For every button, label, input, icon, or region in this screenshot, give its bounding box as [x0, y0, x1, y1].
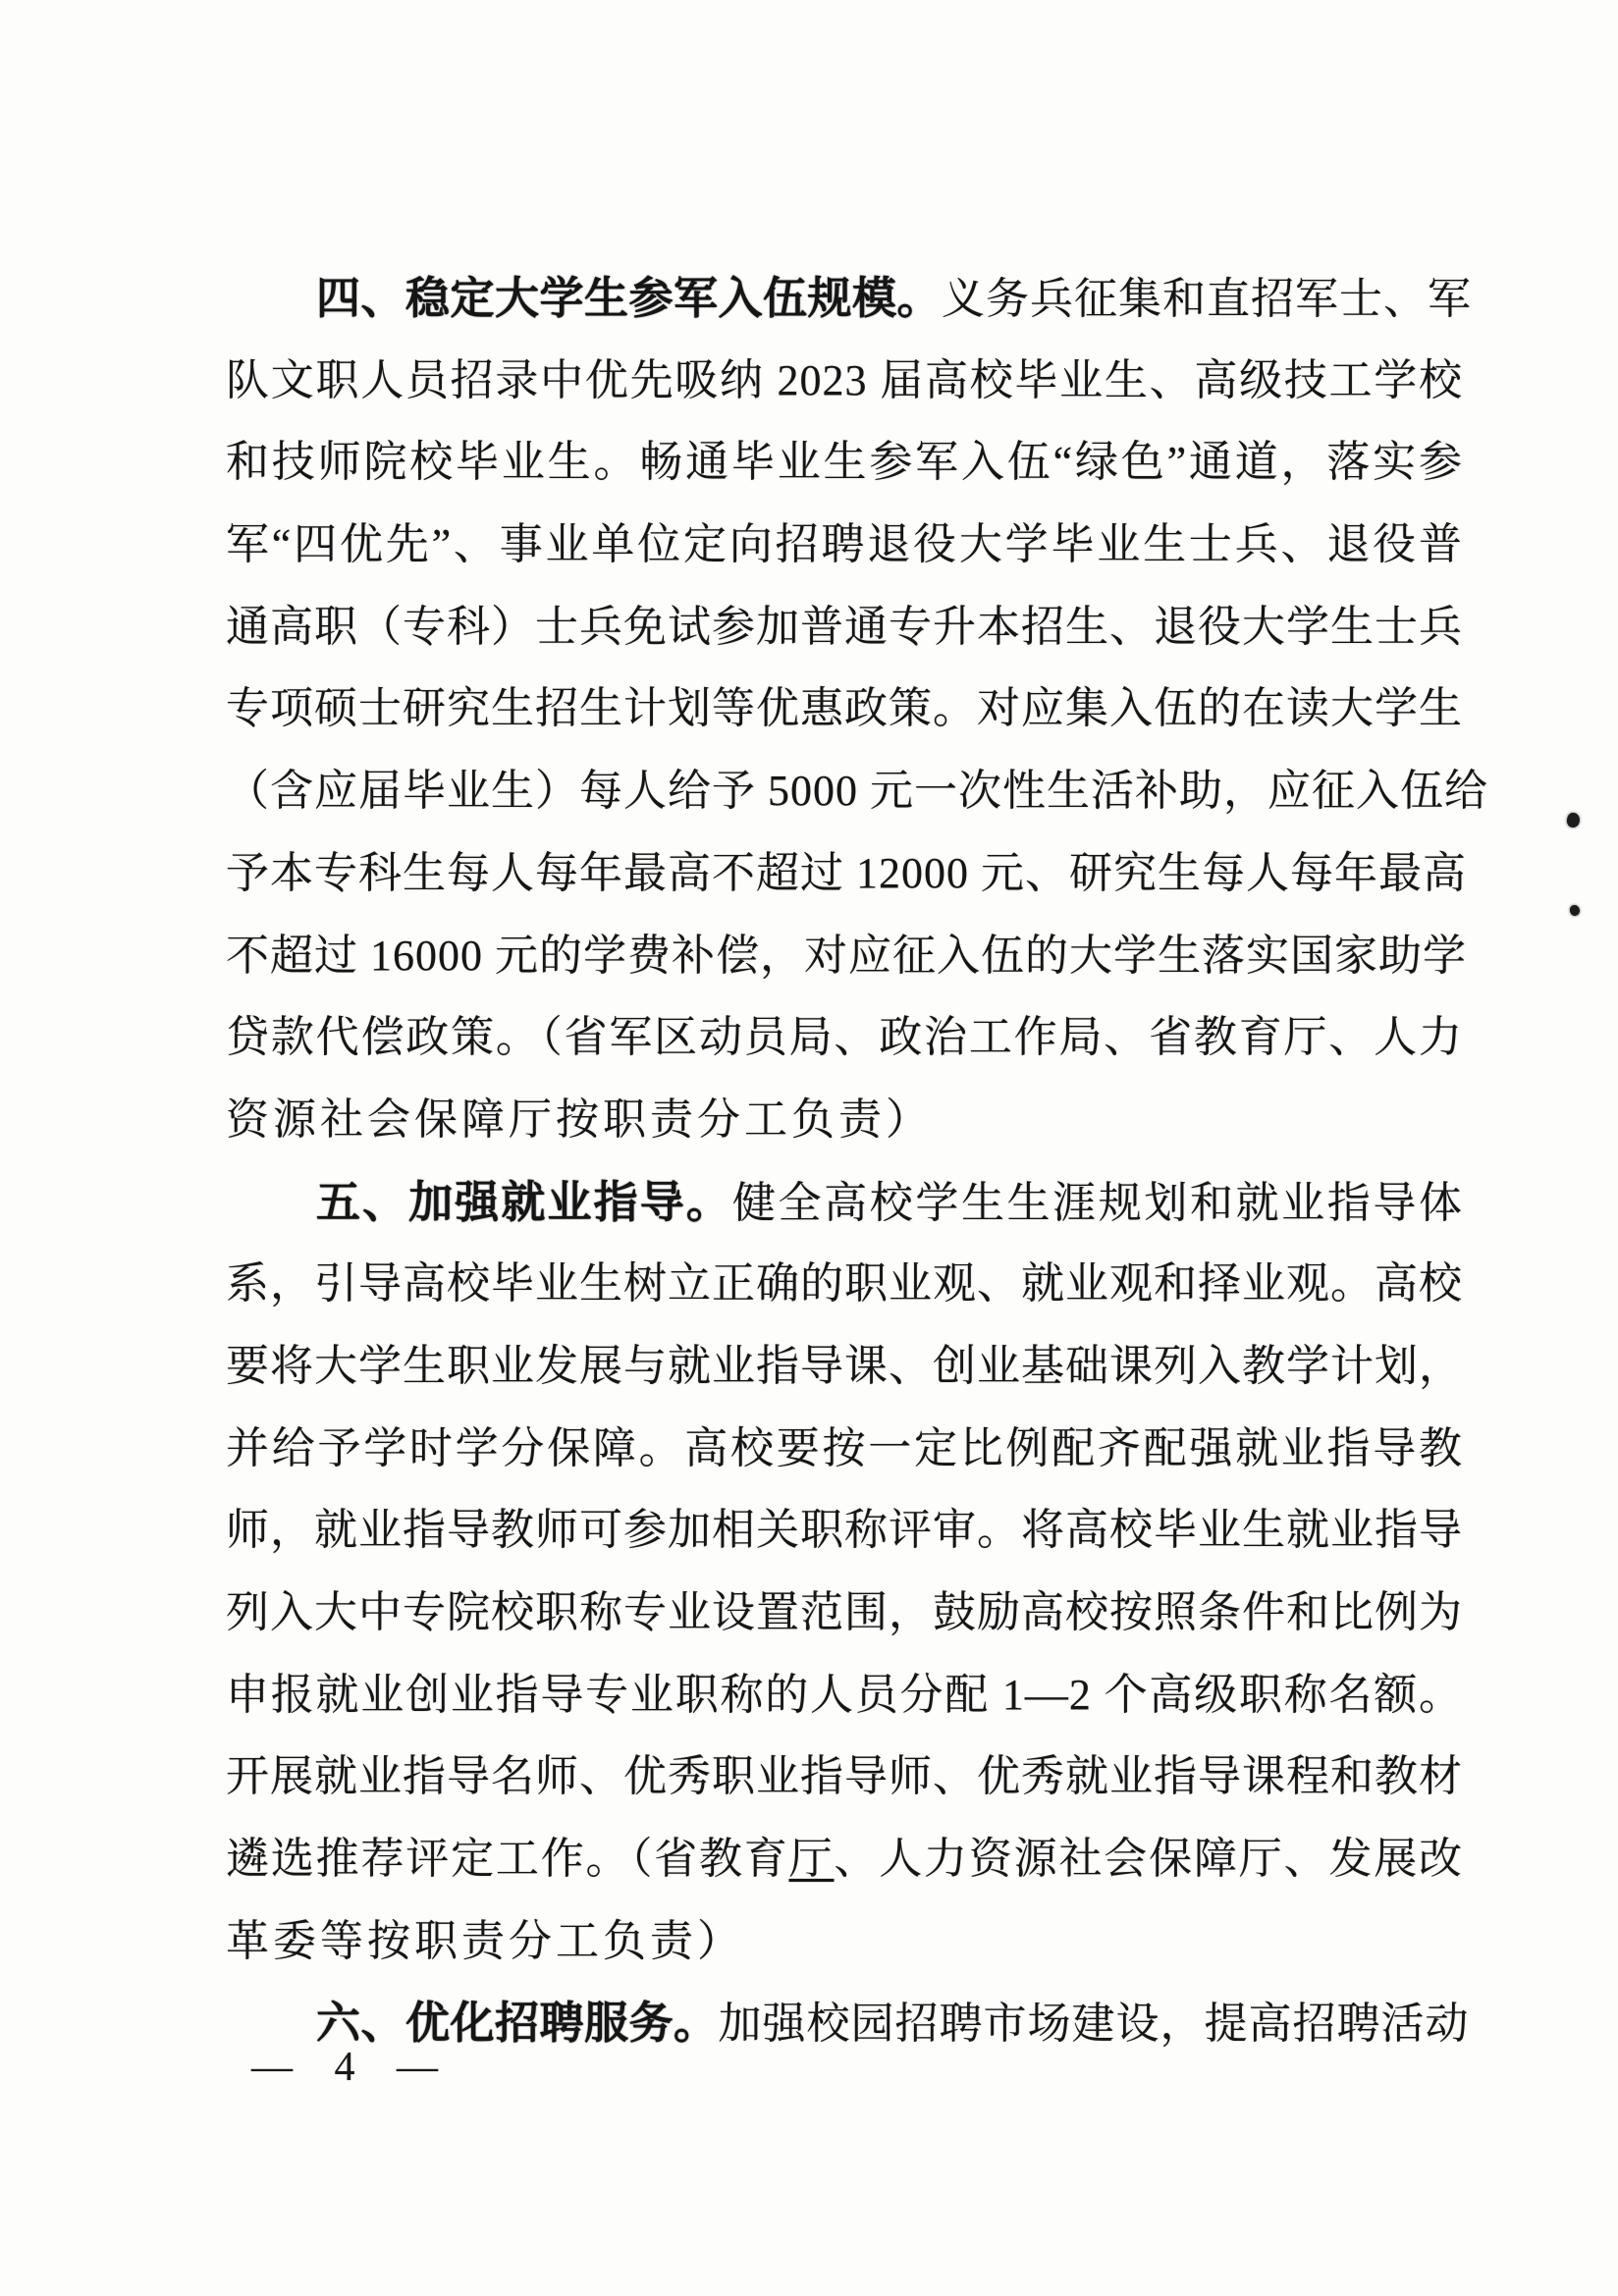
- text-line: 予本专科生每人每年最高不超过 12000 元、研究生每人每年最高: [226, 832, 1463, 915]
- text-line: 五、加强就业指导。健全高校学生生涯规划和就业指导体: [226, 1161, 1463, 1244]
- body-text: 义务兵征集和直招军士、军: [942, 275, 1472, 323]
- text-line: 不超过 16000 元的学费补偿，对应征入伍的大学生落实国家助学: [226, 915, 1463, 997]
- body-text: 不超过 16000 元的学费补偿，对应征入伍的大学生落实国家助学: [226, 932, 1467, 980]
- text-line: （含应届毕业生）每人给予 5000 元一次性生活补助，应征入伍给: [226, 750, 1463, 832]
- body-text: 通高职（专科）士兵免试参加普通专升本招生、退役大学生士兵: [226, 603, 1463, 651]
- ink-speck-icon: [1569, 904, 1580, 916]
- body-text: 专项硕士研究生招生计划等优惠政策。对应集入伍的在读大学生: [226, 684, 1463, 732]
- body-text: 资源社会保障厅按职责分工负责）: [226, 1095, 933, 1144]
- body-text: 申报就业创业指导专业职称的人员分配 1—2 个高级职称名额。: [226, 1671, 1463, 1719]
- text-line: 通高职（专科）士兵免试参加普通专升本招生、退役大学生士兵: [226, 586, 1463, 668]
- body-text: 要将大学生职业发展与就业指导课、创业基础课列入教学计划，: [226, 1342, 1463, 1390]
- text-line: 并给予学时学分保障。高校要按一定比例配齐配强就业指导教: [226, 1408, 1463, 1490]
- text-line: 队文职人员招录中优先吸纳 2023 届高校毕业生、高级技工学校: [226, 340, 1463, 422]
- text-line: 开展就业指导名师、优秀职业指导师、优秀就业指导课程和教材: [226, 1735, 1463, 1818]
- body-text: （含应届毕业生）每人给予 5000 元一次性生活补助，应征入伍给: [226, 767, 1488, 815]
- text-line: 列入大中专院校职称专业设置范围，鼓励高校按照条件和比例为: [226, 1572, 1463, 1654]
- ink-speck-icon: [1566, 812, 1582, 828]
- body-text: 厅: [789, 1835, 835, 1883]
- scanned-document-page: 四、稳定大学生参军入伍规模。义务兵征集和直招军士、军队文职人员招录中优先吸纳 2…: [0, 0, 1618, 2296]
- text-line: 四、稳定大学生参军入伍规模。义务兵征集和直招军士、军: [226, 257, 1463, 340]
- body-text: 健全高校学生生涯规划和就业指导体: [732, 1179, 1463, 1227]
- section-heading: 五、加强就业指导。: [316, 1176, 732, 1228]
- text-line: 遴选推荐评定工作。（省教育厅、人力资源社会保障厅、发展改: [226, 1818, 1463, 1900]
- body-text: 和技师院校毕业生。畅通毕业生参军入伍“绿色”通道，落实参: [226, 438, 1463, 486]
- text-line: 要将大学生职业发展与就业指导课、创业基础课列入教学计划，: [226, 1325, 1463, 1408]
- text-line: 申报就业创业指导专业职称的人员分配 1—2 个高级职称名额。: [226, 1654, 1463, 1736]
- text-line: 和技师院校毕业生。畅通毕业生参军入伍“绿色”通道，落实参: [226, 421, 1463, 504]
- body-text: 系，引导高校毕业生树立正确的职业观、就业观和择业观。高校: [226, 1259, 1463, 1308]
- text-line: 军“四优先”、事业单位定向招聘退役大学毕业生士兵、退役普: [226, 504, 1463, 586]
- body-text: 予本专科生每人每年最高不超过 12000 元、研究生每人每年最高: [226, 849, 1467, 897]
- text-line: 贷款代偿政策。（省军区动员局、政治工作局、省教育厅、人力: [226, 996, 1463, 1079]
- body-text: 革委等按职责分工负责）: [226, 1917, 744, 1965]
- text-line: 系，引导高校毕业生树立正确的职业观、就业观和择业观。高校: [226, 1243, 1463, 1325]
- body-text: 开展就业指导名师、优秀职业指导师、优秀就业指导课程和教材: [226, 1752, 1463, 1800]
- body-text: 队文职人员招录中优先吸纳 2023 届高校毕业生、高级技工学校: [226, 356, 1463, 404]
- body-text: 并给予学时学分保障。高校要按一定比例配齐配强就业指导教: [226, 1424, 1463, 1472]
- body-text: 师，就业指导教师可参加相关职称评审。将高校毕业生就业指导: [226, 1506, 1463, 1554]
- page-number: — 4 —: [251, 2044, 454, 2091]
- section-heading: 四、稳定大学生参军入伍规模。: [316, 272, 942, 324]
- text-block: 四、稳定大学生参军入伍规模。义务兵征集和直招军士、军队文职人员招录中优先吸纳 2…: [226, 257, 1463, 2064]
- body-text: 、人力资源社会保障厅、发展改: [834, 1835, 1463, 1883]
- text-line: 革委等按职责分工负责）: [226, 1900, 1463, 1983]
- body-text: 贷款代偿政策。（省军区动员局、政治工作局、省教育厅、人力: [226, 1013, 1463, 1061]
- body-text: 遴选推荐评定工作。（省教育: [226, 1835, 789, 1883]
- body-text: 加强校园招聘市场建设，提高招聘活动: [719, 2000, 1470, 2048]
- text-line: 师，就业指导教师可参加相关职称评审。将高校毕业生就业指导: [226, 1489, 1463, 1572]
- text-line: 专项硕士研究生招生计划等优惠政策。对应集入伍的在读大学生: [226, 667, 1463, 750]
- text-line: 资源社会保障厅按职责分工负责）: [226, 1079, 1463, 1161]
- section-heading: 六、优化招聘服务。: [316, 1997, 719, 2049]
- body-text: 列入大中专院校职称专业设置范围，鼓励高校按照条件和比例为: [226, 1588, 1463, 1636]
- body-text: 军“四优先”、事业单位定向招聘退役大学毕业生士兵、退役普: [226, 520, 1463, 568]
